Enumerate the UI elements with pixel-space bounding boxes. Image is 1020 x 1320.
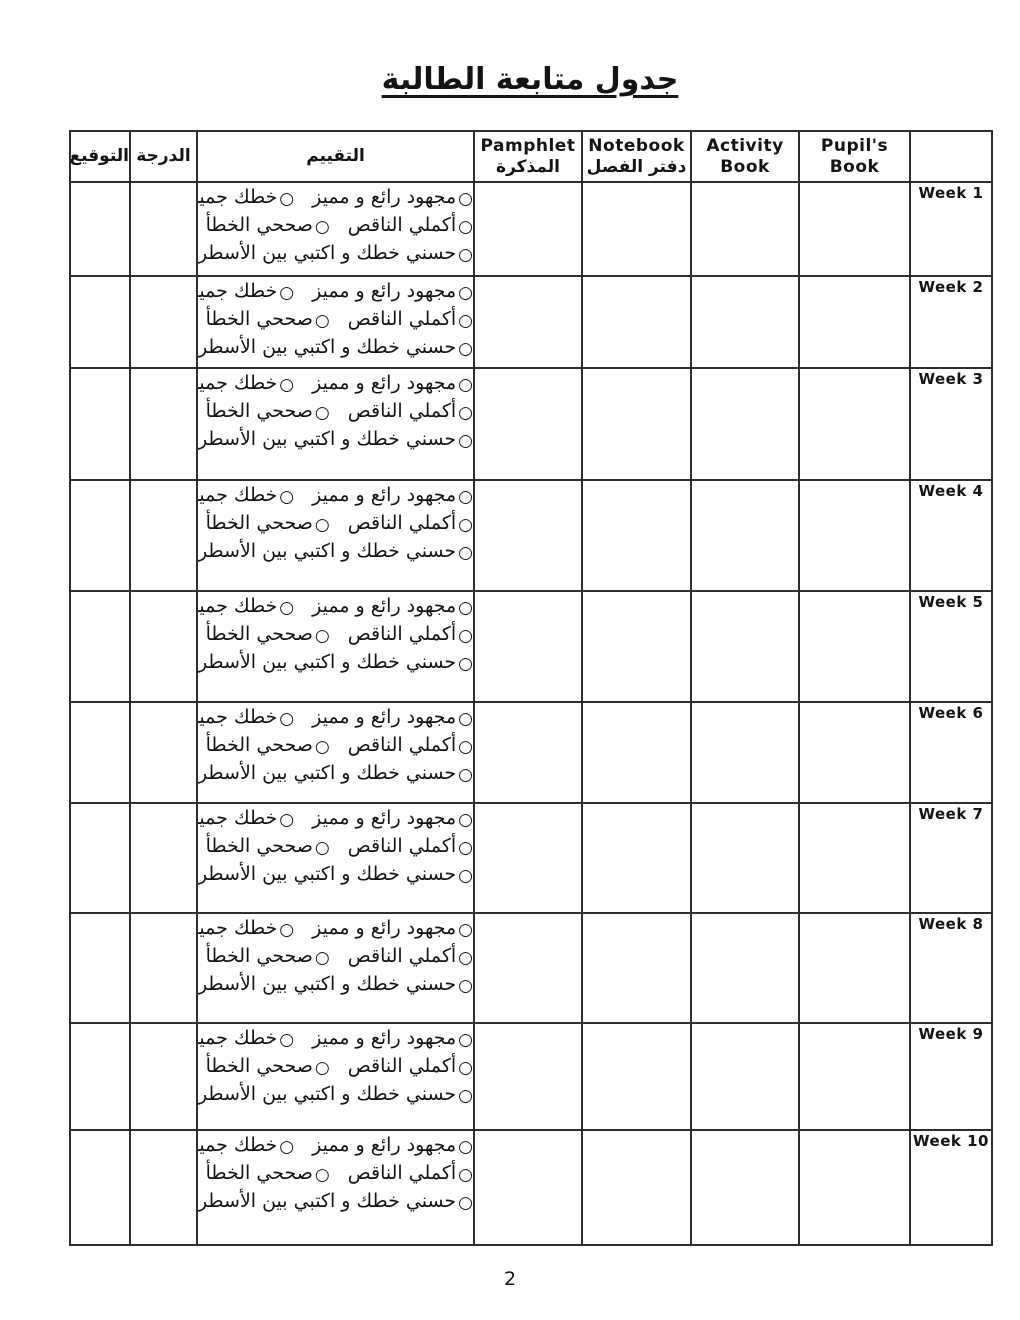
option-circle-icon: ○ — [458, 1139, 473, 1156]
evaluation-option-text: أكملي الناقص — [348, 731, 456, 759]
evaluation-cell: ○مجهود رائع و مميز○خطك جميل و مرتب○أكملي… — [197, 182, 474, 276]
option-circle-icon: ○ — [315, 950, 330, 967]
header-evaluation-label: التقييم — [198, 146, 473, 167]
evaluation-cell: ○مجهود رائع و مميز○خطك جميل و مرتب○أكملي… — [197, 913, 474, 1023]
option-circle-icon: ○ — [279, 285, 294, 302]
evaluation-option-text: خطك جميل و مرتب — [197, 369, 277, 397]
evaluation-option-text: أكملي الناقص — [348, 1052, 456, 1080]
evaluation-option: ○خطك جميل و مرتب — [197, 592, 294, 620]
option-circle-icon: ○ — [458, 313, 473, 330]
week-cell: Week 7 — [910, 803, 992, 913]
evaluation-option-text: خطك جميل و مرتب — [197, 1131, 277, 1159]
option-circle-icon: ○ — [279, 1139, 294, 1156]
header-notebook-ar: دفتر الفصل — [583, 157, 690, 178]
pupils-book-cell — [799, 368, 910, 480]
table-row: ○مجهود رائع و مميز○خطك جميل و مرتب○أكملي… — [70, 591, 992, 702]
header-activity-book: Activity Book — [691, 131, 799, 182]
evaluation-lines: ○مجهود رائع و مميز○خطك جميل و مرتب○أكملي… — [198, 1024, 473, 1108]
option-circle-icon: ○ — [458, 767, 473, 784]
evaluation-line: ○حسني خطك و اكتبي بين الأسطر — [198, 648, 473, 676]
header-pupils-book-line1: Pupil's — [800, 136, 909, 157]
table-row: ○مجهود رائع و مميز○خطك جميل و مرتب○أكملي… — [70, 182, 992, 276]
evaluation-option: ○صححي الخطأ — [206, 305, 330, 333]
evaluation-option: ○مجهود رائع و مميز — [312, 369, 473, 397]
table-row: ○مجهود رائع و مميز○خطك جميل و مرتب○أكملي… — [70, 1023, 992, 1130]
evaluation-option: ○أكملي الناقص — [348, 1159, 473, 1187]
signature-cell — [70, 182, 130, 276]
grade-cell — [130, 182, 197, 276]
evaluation-option-text: حسني خطك و اكتبي بين الأسطر — [198, 759, 456, 787]
evaluation-option: ○حسني خطك و اكتبي بين الأسطر — [198, 970, 473, 998]
header-week — [910, 131, 992, 182]
evaluation-line: ○أكملي الناقص○صححي الخطأ — [198, 397, 473, 425]
evaluation-lines: ○مجهود رائع و مميز○خطك جميل و مرتب○أكملي… — [198, 914, 473, 998]
evaluation-option-text: مجهود رائع و مميز — [312, 1131, 456, 1159]
option-circle-icon: ○ — [458, 1195, 473, 1212]
evaluation-option-text: صححي الخطأ — [206, 305, 313, 333]
header-activity-book-line1: Activity — [692, 136, 798, 157]
evaluation-line: ○أكملي الناقص○صححي الخطأ — [198, 211, 473, 239]
evaluation-option-text: أكملي الناقص — [348, 211, 456, 239]
option-circle-icon: ○ — [279, 191, 294, 208]
option-circle-icon: ○ — [458, 1060, 473, 1077]
evaluation-option-text: مجهود رائع و مميز — [312, 703, 456, 731]
evaluation-option: ○مجهود رائع و مميز — [312, 277, 473, 305]
signature-cell — [70, 368, 130, 480]
evaluation-line: ○مجهود رائع و مميز○خطك جميل و مرتب — [198, 277, 473, 305]
signature-cell — [70, 1023, 130, 1130]
week-cell: Week 6 — [910, 702, 992, 803]
week-cell: Week 1 — [910, 182, 992, 276]
evaluation-line: ○أكملي الناقص○صححي الخطأ — [198, 620, 473, 648]
option-circle-icon: ○ — [279, 489, 294, 506]
signature-cell — [70, 480, 130, 591]
week-label: Week 9 — [919, 1025, 984, 1043]
signature-cell — [70, 913, 130, 1023]
evaluation-option: ○حسني خطك و اكتبي بين الأسطر — [198, 1080, 473, 1108]
notebook-cell — [582, 1130, 691, 1245]
evaluation-cell: ○مجهود رائع و مميز○خطك جميل و مرتب○أكملي… — [197, 1130, 474, 1245]
pupils-book-cell — [799, 480, 910, 591]
evaluation-option: ○حسني خطك و اكتبي بين الأسطر — [198, 860, 473, 888]
week-label: Week 7 — [919, 805, 984, 823]
header-signature: التوقيع — [70, 131, 130, 182]
pamphlet-cell — [474, 1023, 582, 1130]
notebook-cell — [582, 913, 691, 1023]
signature-cell — [70, 276, 130, 368]
grade-cell — [130, 803, 197, 913]
evaluation-line: ○حسني خطك و اكتبي بين الأسطر — [198, 759, 473, 787]
evaluation-option-text: مجهود رائع و مميز — [312, 804, 456, 832]
evaluation-option-text: أكملي الناقص — [348, 832, 456, 860]
option-circle-icon: ○ — [458, 628, 473, 645]
evaluation-line: ○حسني خطك و اكتبي بين الأسطر — [198, 333, 473, 361]
evaluation-option-text: صححي الخطأ — [206, 397, 313, 425]
evaluation-option-text: حسني خطك و اكتبي بين الأسطر — [198, 1080, 456, 1108]
evaluation-option-text: صححي الخطأ — [206, 1159, 313, 1187]
option-circle-icon: ○ — [315, 628, 330, 645]
evaluation-option: ○أكملي الناقص — [348, 620, 473, 648]
evaluation-option: ○صححي الخطأ — [206, 397, 330, 425]
evaluation-line: ○حسني خطك و اكتبي بين الأسطر — [198, 537, 473, 565]
follow-up-table: التوقيع الدرجة التقييم Pamphlet المذكرة … — [69, 130, 993, 1246]
grade-cell — [130, 913, 197, 1023]
week-cell: Week 5 — [910, 591, 992, 702]
signature-cell — [70, 702, 130, 803]
evaluation-line: ○أكملي الناقص○صححي الخطأ — [198, 942, 473, 970]
evaluation-option: ○صححي الخطأ — [206, 211, 330, 239]
evaluation-option-text: أكملي الناقص — [348, 1159, 456, 1187]
evaluation-option-text: صححي الخطأ — [206, 1052, 313, 1080]
option-circle-icon: ○ — [458, 377, 473, 394]
week-label: Week 8 — [919, 915, 984, 933]
evaluation-option: ○خطك جميل و مرتب — [197, 1024, 294, 1052]
pamphlet-cell — [474, 1130, 582, 1245]
evaluation-option-text: خطك جميل و مرتب — [197, 277, 277, 305]
option-circle-icon: ○ — [458, 656, 473, 673]
evaluation-option: ○مجهود رائع و مميز — [312, 914, 473, 942]
option-circle-icon: ○ — [458, 433, 473, 450]
option-circle-icon: ○ — [458, 285, 473, 302]
activity-book-cell — [691, 913, 799, 1023]
evaluation-option-text: صححي الخطأ — [206, 832, 313, 860]
grade-cell — [130, 702, 197, 803]
header-activity-book-line2: Book — [692, 157, 798, 178]
evaluation-line: ○مجهود رائع و مميز○خطك جميل و مرتب — [198, 1131, 473, 1159]
evaluation-option-text: خطك جميل و مرتب — [197, 804, 277, 832]
notebook-cell — [582, 803, 691, 913]
evaluation-lines: ○مجهود رائع و مميز○خطك جميل و مرتب○أكملي… — [198, 481, 473, 565]
evaluation-option: ○حسني خطك و اكتبي بين الأسطر — [198, 537, 473, 565]
evaluation-line: ○مجهود رائع و مميز○خطك جميل و مرتب — [198, 914, 473, 942]
evaluation-option: ○صححي الخطأ — [206, 731, 330, 759]
evaluation-line: ○مجهود رائع و مميز○خطك جميل و مرتب — [198, 183, 473, 211]
evaluation-option: ○مجهود رائع و مميز — [312, 1024, 473, 1052]
option-circle-icon: ○ — [458, 191, 473, 208]
evaluation-option: ○صححي الخطأ — [206, 1159, 330, 1187]
evaluation-option-text: مجهود رائع و مميز — [312, 1024, 456, 1052]
evaluation-cell: ○مجهود رائع و مميز○خطك جميل و مرتب○أكملي… — [197, 276, 474, 368]
week-cell: Week 8 — [910, 913, 992, 1023]
signature-cell — [70, 803, 130, 913]
evaluation-option: ○حسني خطك و اكتبي بين الأسطر — [198, 1187, 473, 1215]
header-signature-label: التوقيع — [71, 146, 129, 167]
evaluation-line: ○مجهود رائع و مميز○خطك جميل و مرتب — [198, 592, 473, 620]
evaluation-option: ○حسني خطك و اكتبي بين الأسطر — [198, 425, 473, 453]
pupils-book-cell — [799, 803, 910, 913]
activity-book-cell — [691, 368, 799, 480]
pamphlet-cell — [474, 276, 582, 368]
document-page: جدول متابعة الطالبة التوقيع الدرجة التقي… — [0, 0, 1020, 1320]
evaluation-option-text: أكملي الناقص — [348, 305, 456, 333]
evaluation-line: ○حسني خطك و اكتبي بين الأسطر — [198, 1187, 473, 1215]
evaluation-line: ○حسني خطك و اكتبي بين الأسطر — [198, 1080, 473, 1108]
option-circle-icon: ○ — [315, 405, 330, 422]
evaluation-option-text: خطك جميل و مرتب — [197, 1024, 277, 1052]
week-cell: Week 4 — [910, 480, 992, 591]
evaluation-option: ○خطك جميل و مرتب — [197, 804, 294, 832]
notebook-cell — [582, 480, 691, 591]
header-pamphlet: Pamphlet المذكرة — [474, 131, 582, 182]
evaluation-option-text: صححي الخطأ — [206, 942, 313, 970]
evaluation-line: ○أكملي الناقص○صححي الخطأ — [198, 832, 473, 860]
option-circle-icon: ○ — [458, 922, 473, 939]
evaluation-option-text: مجهود رائع و مميز — [312, 481, 456, 509]
pupils-book-cell — [799, 1130, 910, 1245]
evaluation-option: ○خطك جميل و مرتب — [197, 914, 294, 942]
evaluation-lines: ○مجهود رائع و مميز○خطك جميل و مرتب○أكملي… — [198, 183, 473, 267]
pamphlet-cell — [474, 913, 582, 1023]
evaluation-option: ○أكملي الناقص — [348, 942, 473, 970]
evaluation-option: ○مجهود رائع و مميز — [312, 1131, 473, 1159]
option-circle-icon: ○ — [279, 600, 294, 617]
week-label: Week 4 — [919, 482, 984, 500]
table-row: ○مجهود رائع و مميز○خطك جميل و مرتب○أكملي… — [70, 480, 992, 591]
evaluation-option: ○صححي الخطأ — [206, 942, 330, 970]
pupils-book-cell — [799, 276, 910, 368]
evaluation-option-text: خطك جميل و مرتب — [197, 703, 277, 731]
option-circle-icon: ○ — [458, 545, 473, 562]
header-row: التوقيع الدرجة التقييم Pamphlet المذكرة … — [70, 131, 992, 182]
evaluation-line: ○أكملي الناقص○صححي الخطأ — [198, 509, 473, 537]
activity-book-cell — [691, 480, 799, 591]
pupils-book-cell — [799, 913, 910, 1023]
option-circle-icon: ○ — [315, 219, 330, 236]
option-circle-icon: ○ — [458, 517, 473, 534]
grade-cell — [130, 1023, 197, 1130]
activity-book-cell — [691, 591, 799, 702]
evaluation-line: ○مجهود رائع و مميز○خطك جميل و مرتب — [198, 369, 473, 397]
grade-cell — [130, 368, 197, 480]
notebook-cell — [582, 368, 691, 480]
evaluation-option-text: خطك جميل و مرتب — [197, 592, 277, 620]
pamphlet-cell — [474, 480, 582, 591]
table-row: ○مجهود رائع و مميز○خطك جميل و مرتب○أكملي… — [70, 368, 992, 480]
evaluation-option-text: مجهود رائع و مميز — [312, 592, 456, 620]
evaluation-cell: ○مجهود رائع و مميز○خطك جميل و مرتب○أكملي… — [197, 702, 474, 803]
evaluation-option: ○حسني خطك و اكتبي بين الأسطر — [198, 239, 473, 267]
option-circle-icon: ○ — [315, 840, 330, 857]
option-circle-icon: ○ — [458, 711, 473, 728]
option-circle-icon: ○ — [458, 405, 473, 422]
pupils-book-cell — [799, 591, 910, 702]
evaluation-option: ○مجهود رائع و مميز — [312, 183, 473, 211]
grade-cell — [130, 480, 197, 591]
option-circle-icon: ○ — [458, 868, 473, 885]
option-circle-icon: ○ — [279, 711, 294, 728]
page-title: جدول متابعة الطالبة — [69, 62, 991, 97]
evaluation-option: ○أكملي الناقص — [348, 731, 473, 759]
option-circle-icon: ○ — [458, 1032, 473, 1049]
option-circle-icon: ○ — [458, 1088, 473, 1105]
evaluation-option-text: صححي الخطأ — [206, 620, 313, 648]
week-cell: Week 9 — [910, 1023, 992, 1130]
table-row: ○مجهود رائع و مميز○خطك جميل و مرتب○أكملي… — [70, 1130, 992, 1245]
evaluation-option-text: حسني خطك و اكتبي بين الأسطر — [198, 425, 456, 453]
evaluation-option: ○أكملي الناقص — [348, 509, 473, 537]
grade-cell — [130, 1130, 197, 1245]
header-pupils-book-line2: Book — [800, 157, 909, 178]
evaluation-line: ○حسني خطك و اكتبي بين الأسطر — [198, 970, 473, 998]
evaluation-option-text: أكملي الناقص — [348, 509, 456, 537]
notebook-cell — [582, 1023, 691, 1130]
option-circle-icon: ○ — [458, 247, 473, 264]
option-circle-icon: ○ — [315, 1167, 330, 1184]
evaluation-lines: ○مجهود رائع و مميز○خطك جميل و مرتب○أكملي… — [198, 277, 473, 361]
week-label: Week 10 — [913, 1132, 989, 1150]
evaluation-line: ○أكملي الناقص○صححي الخطأ — [198, 731, 473, 759]
evaluation-option: ○مجهود رائع و مميز — [312, 481, 473, 509]
evaluation-option: ○أكملي الناقص — [348, 305, 473, 333]
evaluation-lines: ○مجهود رائع و مميز○خطك جميل و مرتب○أكملي… — [198, 703, 473, 787]
evaluation-option-text: خطك جميل و مرتب — [197, 481, 277, 509]
signature-cell — [70, 591, 130, 702]
option-circle-icon: ○ — [315, 313, 330, 330]
evaluation-option-text: حسني خطك و اكتبي بين الأسطر — [198, 648, 456, 676]
pupils-book-cell — [799, 1023, 910, 1130]
evaluation-lines: ○مجهود رائع و مميز○خطك جميل و مرتب○أكملي… — [198, 592, 473, 676]
evaluation-option: ○مجهود رائع و مميز — [312, 592, 473, 620]
evaluation-option-text: حسني خطك و اكتبي بين الأسطر — [198, 333, 456, 361]
signature-cell — [70, 1130, 130, 1245]
header-grade: الدرجة — [130, 131, 197, 182]
evaluation-option: ○حسني خطك و اكتبي بين الأسطر — [198, 759, 473, 787]
option-circle-icon: ○ — [458, 219, 473, 236]
option-circle-icon: ○ — [458, 489, 473, 506]
evaluation-cell: ○مجهود رائع و مميز○خطك جميل و مرتب○أكملي… — [197, 368, 474, 480]
evaluation-option: ○أكملي الناقص — [348, 832, 473, 860]
notebook-cell — [582, 591, 691, 702]
option-circle-icon: ○ — [279, 812, 294, 829]
week-label: Week 1 — [919, 184, 984, 202]
evaluation-option-text: مجهود رائع و مميز — [312, 183, 456, 211]
pamphlet-cell — [474, 368, 582, 480]
option-circle-icon: ○ — [458, 341, 473, 358]
week-cell: Week 2 — [910, 276, 992, 368]
header-grade-label: الدرجة — [131, 146, 196, 167]
evaluation-option: ○خطك جميل و مرتب — [197, 369, 294, 397]
week-cell: Week 10 — [910, 1130, 992, 1245]
evaluation-cell: ○مجهود رائع و مميز○خطك جميل و مرتب○أكملي… — [197, 480, 474, 591]
pamphlet-cell — [474, 702, 582, 803]
evaluation-option: ○صححي الخطأ — [206, 1052, 330, 1080]
evaluation-option-text: حسني خطك و اكتبي بين الأسطر — [198, 860, 456, 888]
evaluation-option: ○خطك جميل و مرتب — [197, 277, 294, 305]
option-circle-icon: ○ — [458, 1167, 473, 1184]
evaluation-option: ○خطك جميل و مرتب — [197, 183, 294, 211]
evaluation-option: ○صححي الخطأ — [206, 832, 330, 860]
header-notebook-en: Notebook — [583, 136, 690, 157]
evaluation-option-text: صححي الخطأ — [206, 731, 313, 759]
activity-book-cell — [691, 803, 799, 913]
evaluation-option: ○خطك جميل و مرتب — [197, 481, 294, 509]
evaluation-option: ○حسني خطك و اكتبي بين الأسطر — [198, 333, 473, 361]
evaluation-line: ○حسني خطك و اكتبي بين الأسطر — [198, 239, 473, 267]
header-notebook: Notebook دفتر الفصل — [582, 131, 691, 182]
evaluation-option: ○خطك جميل و مرتب — [197, 1131, 294, 1159]
grade-cell — [130, 591, 197, 702]
evaluation-option-text: صححي الخطأ — [206, 509, 313, 537]
evaluation-option-text: صححي الخطأ — [206, 211, 313, 239]
evaluation-cell: ○مجهود رائع و مميز○خطك جميل و مرتب○أكملي… — [197, 591, 474, 702]
activity-book-cell — [691, 702, 799, 803]
header-evaluation: التقييم — [197, 131, 474, 182]
evaluation-option-text: خطك جميل و مرتب — [197, 183, 277, 211]
week-label: Week 3 — [919, 370, 984, 388]
evaluation-line: ○حسني خطك و اكتبي بين الأسطر — [198, 860, 473, 888]
evaluation-line: ○حسني خطك و اكتبي بين الأسطر — [198, 425, 473, 453]
evaluation-option: ○أكملي الناقص — [348, 211, 473, 239]
header-pupils-book: Pupil's Book — [799, 131, 910, 182]
evaluation-line: ○مجهود رائع و مميز○خطك جميل و مرتب — [198, 703, 473, 731]
evaluation-option: ○حسني خطك و اكتبي بين الأسطر — [198, 648, 473, 676]
evaluation-option: ○أكملي الناقص — [348, 1052, 473, 1080]
evaluation-lines: ○مجهود رائع و مميز○خطك جميل و مرتب○أكملي… — [198, 369, 473, 453]
week-label: Week 5 — [919, 593, 984, 611]
evaluation-line: ○مجهود رائع و مميز○خطك جميل و مرتب — [198, 481, 473, 509]
evaluation-cell: ○مجهود رائع و مميز○خطك جميل و مرتب○أكملي… — [197, 1023, 474, 1130]
activity-book-cell — [691, 182, 799, 276]
evaluation-option-text: حسني خطك و اكتبي بين الأسطر — [198, 1187, 456, 1215]
evaluation-option-text: مجهود رائع و مميز — [312, 914, 456, 942]
evaluation-option: ○خطك جميل و مرتب — [197, 703, 294, 731]
evaluation-option-text: حسني خطك و اكتبي بين الأسطر — [198, 239, 456, 267]
evaluation-line: ○مجهود رائع و مميز○خطك جميل و مرتب — [198, 804, 473, 832]
evaluation-lines: ○مجهود رائع و مميز○خطك جميل و مرتب○أكملي… — [198, 804, 473, 888]
pamphlet-cell — [474, 182, 582, 276]
option-circle-icon: ○ — [279, 1032, 294, 1049]
evaluation-line: ○أكملي الناقص○صححي الخطأ — [198, 1159, 473, 1187]
activity-book-cell — [691, 276, 799, 368]
evaluation-lines: ○مجهود رائع و مميز○خطك جميل و مرتب○أكملي… — [198, 1131, 473, 1215]
evaluation-option: ○مجهود رائع و مميز — [312, 804, 473, 832]
evaluation-line: ○أكملي الناقص○صححي الخطأ — [198, 305, 473, 333]
table-row: ○مجهود رائع و مميز○خطك جميل و مرتب○أكملي… — [70, 913, 992, 1023]
activity-book-cell — [691, 1023, 799, 1130]
week-label: Week 2 — [919, 278, 984, 296]
option-circle-icon: ○ — [315, 517, 330, 534]
notebook-cell — [582, 702, 691, 803]
option-circle-icon: ○ — [279, 922, 294, 939]
evaluation-option: ○مجهود رائع و مميز — [312, 703, 473, 731]
table-row: ○مجهود رائع و مميز○خطك جميل و مرتب○أكملي… — [70, 702, 992, 803]
header-pamphlet-ar: المذكرة — [475, 157, 581, 178]
page-number: 2 — [0, 1268, 1020, 1290]
option-circle-icon: ○ — [458, 739, 473, 756]
table-body: ○مجهود رائع و مميز○خطك جميل و مرتب○أكملي… — [70, 182, 992, 1245]
pamphlet-cell — [474, 803, 582, 913]
table-row: ○مجهود رائع و مميز○خطك جميل و مرتب○أكملي… — [70, 803, 992, 913]
option-circle-icon: ○ — [458, 978, 473, 995]
pamphlet-cell — [474, 591, 582, 702]
evaluation-option-text: حسني خطك و اكتبي بين الأسطر — [198, 970, 456, 998]
evaluation-option-text: أكملي الناقص — [348, 942, 456, 970]
week-label: Week 6 — [919, 704, 984, 722]
evaluation-line: ○أكملي الناقص○صححي الخطأ — [198, 1052, 473, 1080]
table-row: ○مجهود رائع و مميز○خطك جميل و مرتب○أكملي… — [70, 276, 992, 368]
option-circle-icon: ○ — [458, 950, 473, 967]
option-circle-icon: ○ — [458, 840, 473, 857]
pupils-book-cell — [799, 702, 910, 803]
notebook-cell — [582, 276, 691, 368]
header-pamphlet-en: Pamphlet — [475, 136, 581, 157]
option-circle-icon: ○ — [279, 377, 294, 394]
evaluation-option-text: مجهود رائع و مميز — [312, 277, 456, 305]
evaluation-line: ○مجهود رائع و مميز○خطك جميل و مرتب — [198, 1024, 473, 1052]
evaluation-option: ○أكملي الناقص — [348, 397, 473, 425]
evaluation-cell: ○مجهود رائع و مميز○خطك جميل و مرتب○أكملي… — [197, 803, 474, 913]
evaluation-option: ○صححي الخطأ — [206, 509, 330, 537]
